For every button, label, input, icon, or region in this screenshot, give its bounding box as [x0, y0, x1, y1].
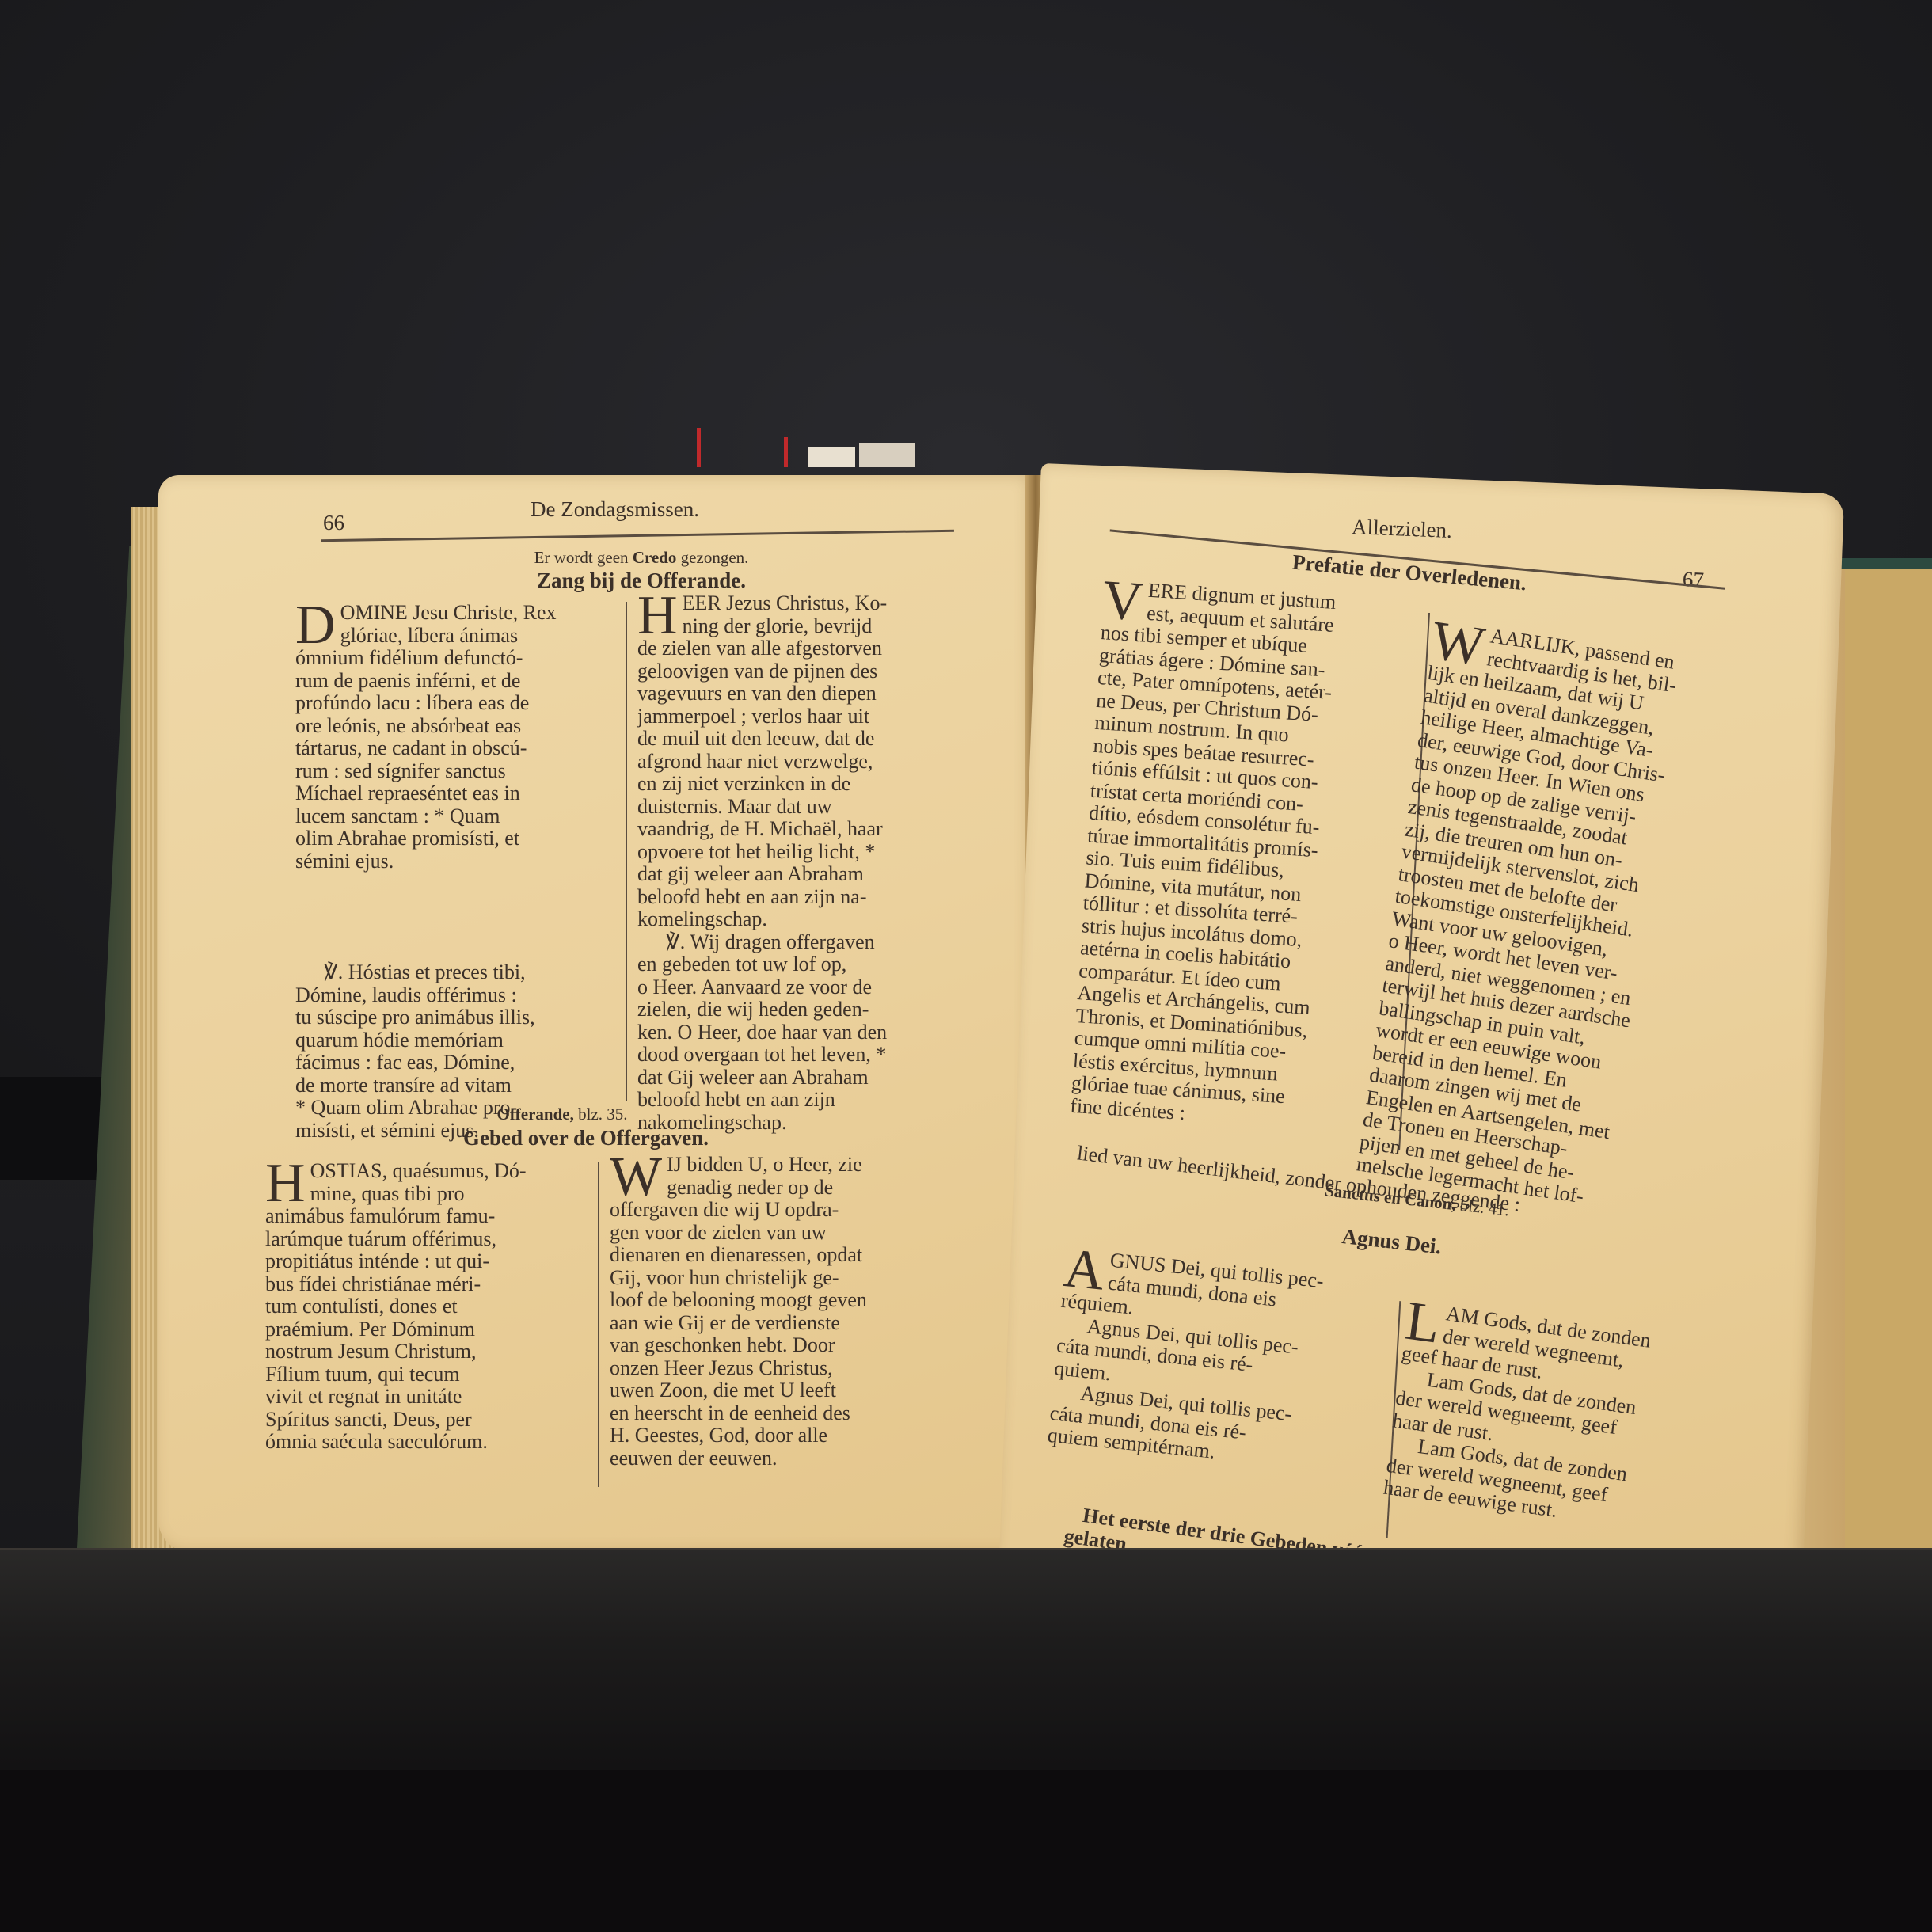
- column-rule: [626, 602, 627, 1101]
- running-head: De Zondagsmissen.: [531, 497, 699, 522]
- offertory-dutch: H EER Jezus Christus, Ko- ning der glori…: [637, 592, 962, 1134]
- page-number: 66: [323, 511, 344, 535]
- preface-latin: V ERE dignum et justum est, aequum et sa…: [1069, 576, 1416, 1137]
- left-page: 66 De Zondagsmissen. Er wordt geen Credo…: [158, 475, 1033, 1552]
- heading-secret: Gebed over de Offergaven.: [261, 1126, 911, 1150]
- running-head: Allerzielen.: [1352, 515, 1453, 543]
- stand-ledge: [0, 1548, 1932, 1779]
- offertory-latin: D OMINE Jesu Christe, Rex glóriae, líber…: [295, 602, 612, 1142]
- rubric-offerande: Offerande, blz. 35.: [317, 1105, 808, 1124]
- rubric-credo: Er wordt geen Credo gezongen.: [317, 548, 966, 568]
- preface-dutch: W AARLIJK, passend en rechtvaardig is he…: [1355, 617, 1745, 1220]
- column-rule: [598, 1162, 599, 1487]
- stand-base: [0, 1770, 1932, 1932]
- agnus-latin: A GNUS Dei, qui tollis pec- cáta mundi, …: [1047, 1245, 1386, 1478]
- agnus-dutch: L AM Gods, dat de zonden der wereld wegn…: [1382, 1298, 1728, 1542]
- ribbon-bookmark: [689, 443, 958, 467]
- header-rule: [321, 530, 954, 542]
- secret-latin: H OSTIAS, quaésumus, Dó- mine, quas tibi…: [265, 1160, 582, 1454]
- secret-dutch: W IJ bidden U, o Heer, zie genadig neder…: [610, 1154, 942, 1470]
- right-page: Allerzielen. 67 Prefatie der Overledenen…: [998, 463, 1844, 1602]
